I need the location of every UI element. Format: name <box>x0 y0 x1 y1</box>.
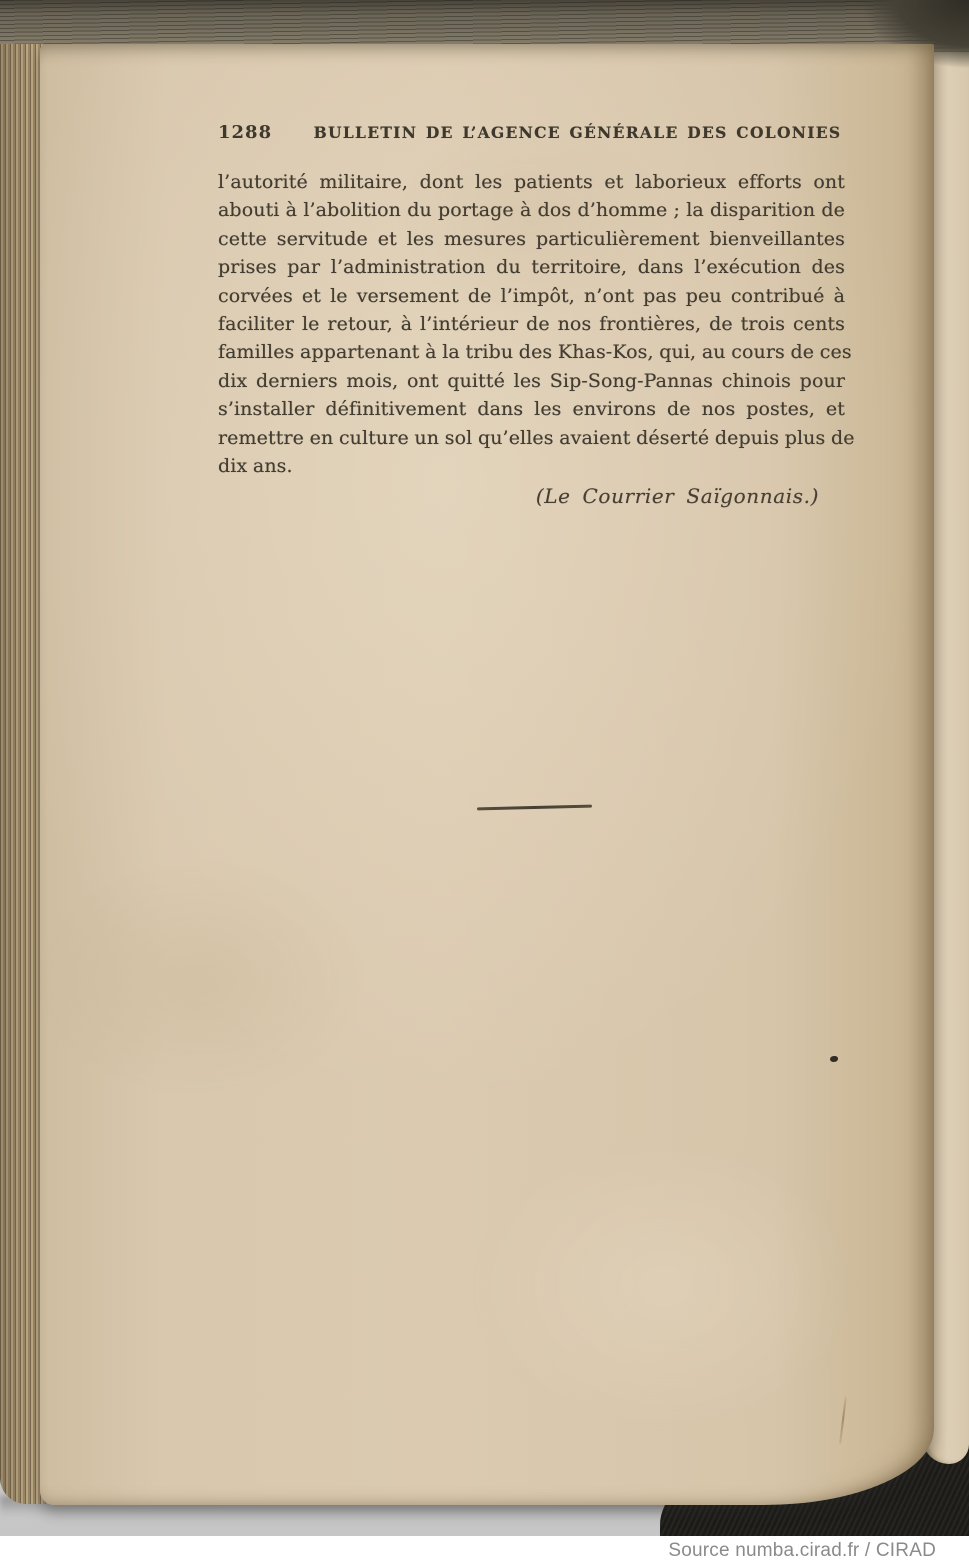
body-line: corvées et le versement de l’impôt, n’on… <box>218 282 845 310</box>
attribution-credit: (Le Courrier Saïgonnais.) <box>218 484 845 508</box>
body-line: dix ans. <box>218 452 845 480</box>
body-line: s’installer définitivement dans les envi… <box>218 395 845 423</box>
section-divider-rule <box>477 805 592 811</box>
body-line: familles appartenant à la tribu des Khas… <box>218 338 845 366</box>
source-footer: Source numba.cirad.fr / CIRAD <box>0 1536 969 1566</box>
body-line: dix derniers mois, ont quitté les Sip-So… <box>218 367 845 395</box>
paper-fiber <box>839 1396 847 1444</box>
source-credit-text: Source numba.cirad.fr / CIRAD <box>668 1540 936 1562</box>
body-line: cette servitude et les mesures particuli… <box>218 225 845 253</box>
page-sheet: 1288 BULLETIN DE L’AGENCE GÉNÉRALE DES C… <box>40 44 934 1505</box>
scanned-book-photo: 1288 BULLETIN DE L’AGENCE GÉNÉRALE DES C… <box>0 0 969 1566</box>
ink-speck <box>830 1056 838 1062</box>
page-number: 1288 <box>218 122 310 143</box>
body-line: abouti à l’abolition du portage à dos d’… <box>218 196 845 224</box>
body-line: remettre en culture un sol qu’elles avai… <box>218 424 845 452</box>
body-line: faciliter le retour, à l’intérieur de no… <box>218 310 845 338</box>
body-paragraph: l’autorité militaire, dont les patients … <box>218 168 845 480</box>
running-title: BULLETIN DE L’AGENCE GÉNÉRALE DES COLONI… <box>310 123 845 142</box>
body-line: prises par l’administration du territoir… <box>218 253 845 281</box>
body-line: l’autorité militaire, dont les patients … <box>218 168 845 196</box>
page-header: 1288 BULLETIN DE L’AGENCE GÉNÉRALE DES C… <box>218 122 845 143</box>
